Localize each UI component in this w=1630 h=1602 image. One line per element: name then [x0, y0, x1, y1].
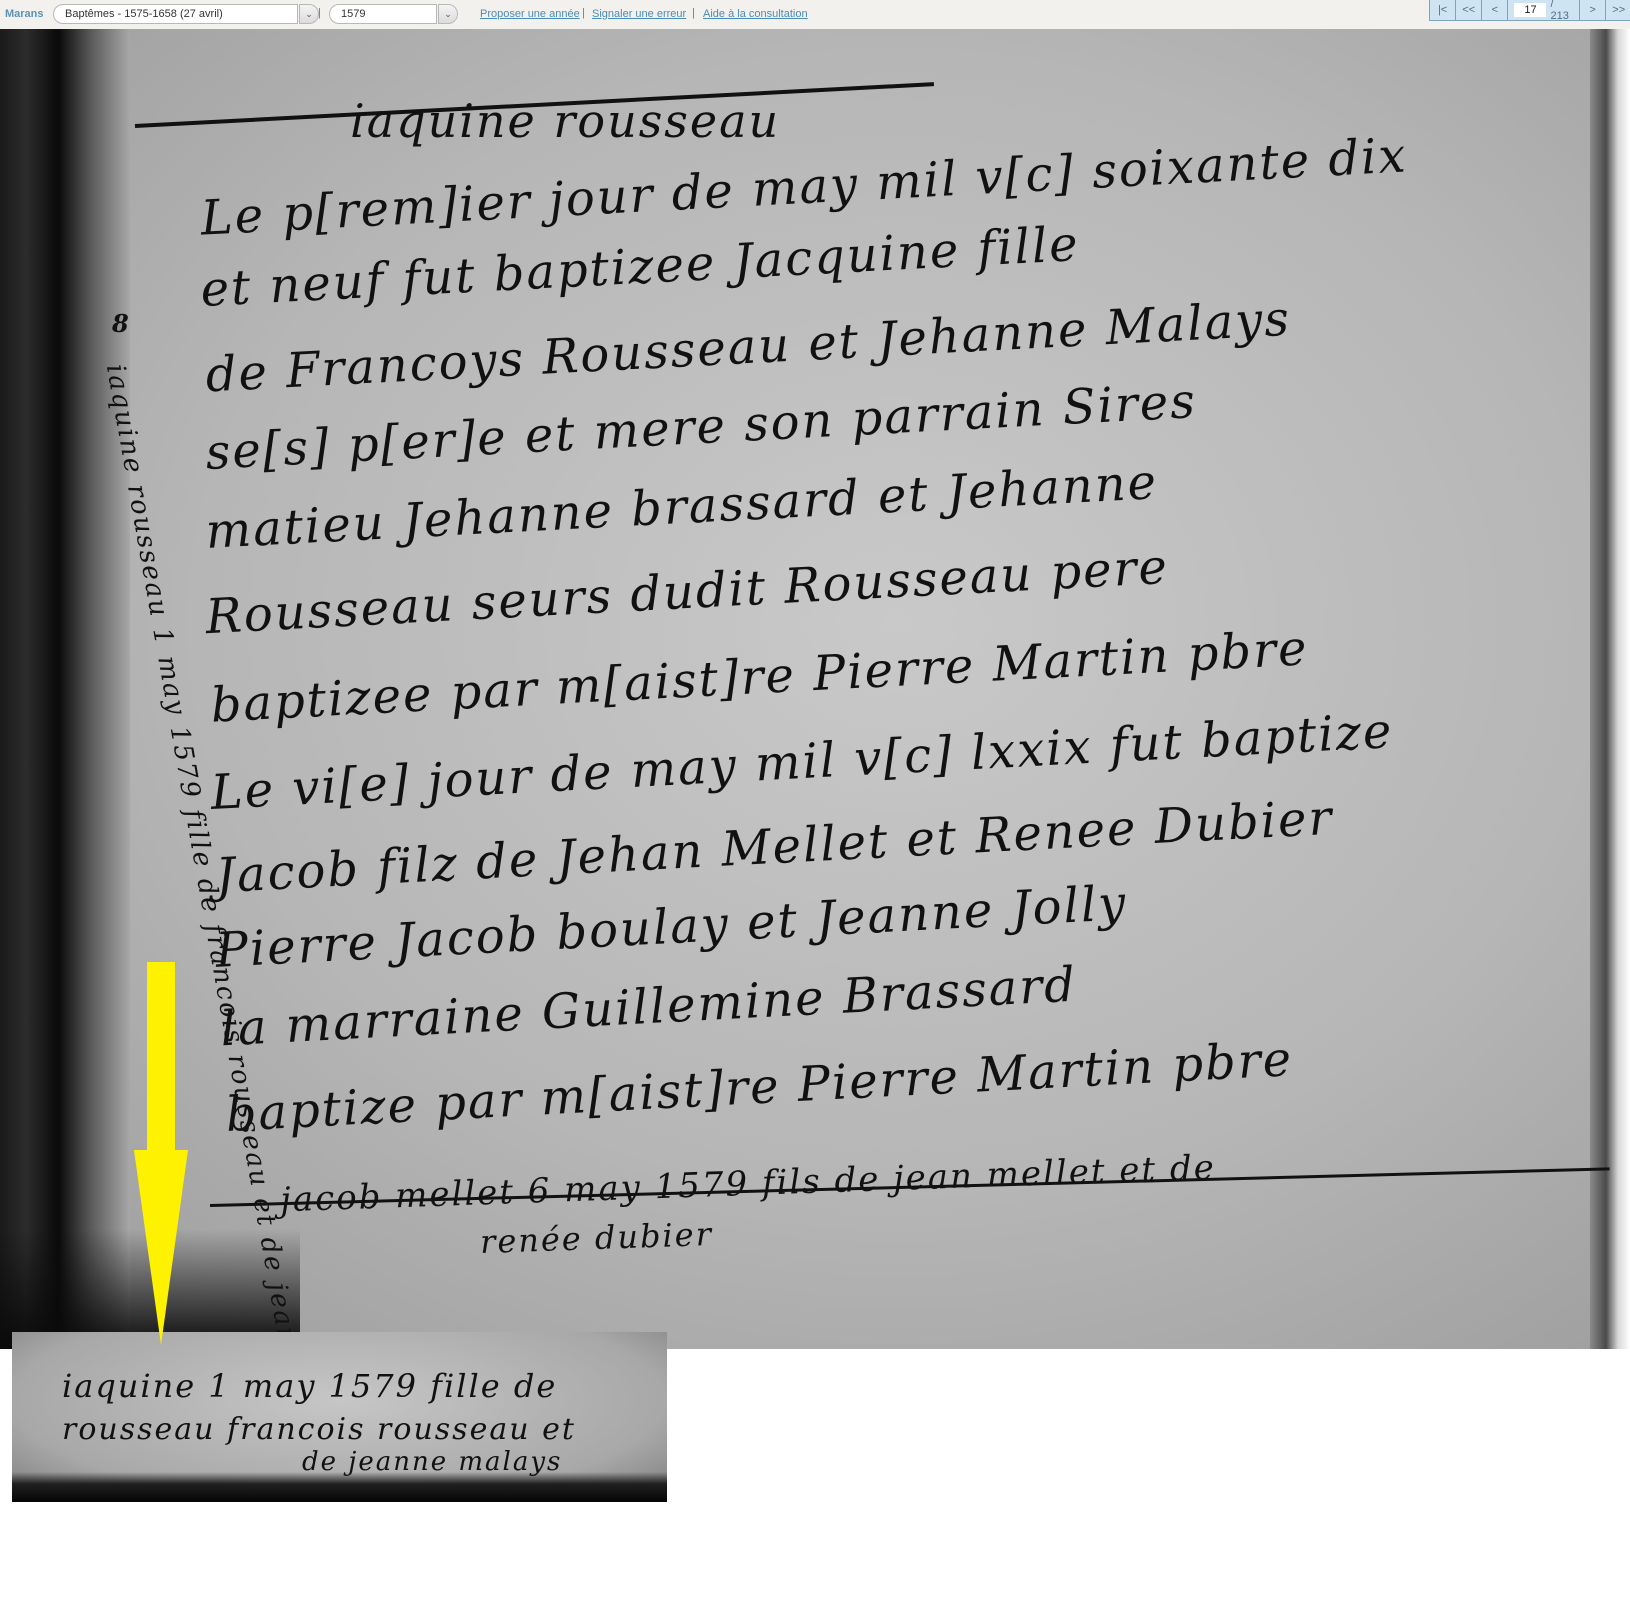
first-page-button[interactable]: |< — [1430, 0, 1456, 20]
entry-title: iaquine rousseau — [350, 94, 780, 148]
page-total: / 213 — [1550, 0, 1573, 22]
annotation-arrow-head-icon — [134, 1150, 188, 1345]
manuscript-image[interactable]: iaquine rousseau Le p[rem]ier jour de ma… — [0, 29, 1630, 1349]
prev-fast-button[interactable]: << — [1456, 0, 1482, 20]
propose-year-link[interactable]: Proposer une année — [480, 8, 580, 20]
next-fast-button[interactable]: >> — [1606, 0, 1630, 20]
chevron-down-icon[interactable]: ⌄ — [438, 4, 458, 24]
register-select[interactable]: Baptêmes - 1575-1658 (27 avril) ⌄ — [53, 4, 298, 24]
separator: | — [318, 7, 321, 19]
entry-number: 8 — [112, 309, 131, 338]
prev-page-button[interactable]: < — [1482, 0, 1508, 20]
site-name[interactable]: Marans — [5, 8, 44, 20]
page-number-input[interactable] — [1514, 3, 1546, 17]
page-indicator: / 213 — [1508, 0, 1580, 20]
detail-line: rousseau francois rousseau et — [62, 1412, 576, 1447]
manuscript-line: Rousseau seurs dudit Rousseau pere — [204, 539, 1170, 645]
annotation-arrow-icon — [147, 962, 175, 1154]
bottom-note: jacob mellet 6 may 1579 fils de jean mel… — [280, 1148, 1217, 1221]
register-select-value: Baptêmes - 1575-1658 (27 avril) — [65, 8, 223, 20]
pager: |< << < / 213 > >> — [1429, 0, 1630, 21]
year-select-value: 1579 — [341, 8, 365, 20]
year-select[interactable]: 1579 ⌄ — [329, 4, 437, 24]
page-shadow — [12, 1472, 667, 1502]
book-binding-shadow — [0, 29, 130, 1349]
chevron-down-icon[interactable]: ⌄ — [299, 4, 319, 24]
help-link[interactable]: Aide à la consultation — [703, 8, 808, 20]
viewer-toolbar: Marans Baptêmes - 1575-1658 (27 avril) ⌄… — [0, 0, 1630, 30]
separator: | — [692, 7, 695, 19]
detail-crop-image: iaquine 1 may 1579 fille de rousseau fra… — [12, 1332, 667, 1502]
separator: | — [582, 7, 585, 19]
report-error-link[interactable]: Signaler une erreur — [592, 8, 686, 20]
bottom-note: renée dubier — [479, 1215, 713, 1261]
page-edge — [1590, 29, 1630, 1349]
next-page-button[interactable]: > — [1580, 0, 1606, 20]
detail-line: iaquine 1 may 1579 fille de — [62, 1367, 557, 1405]
